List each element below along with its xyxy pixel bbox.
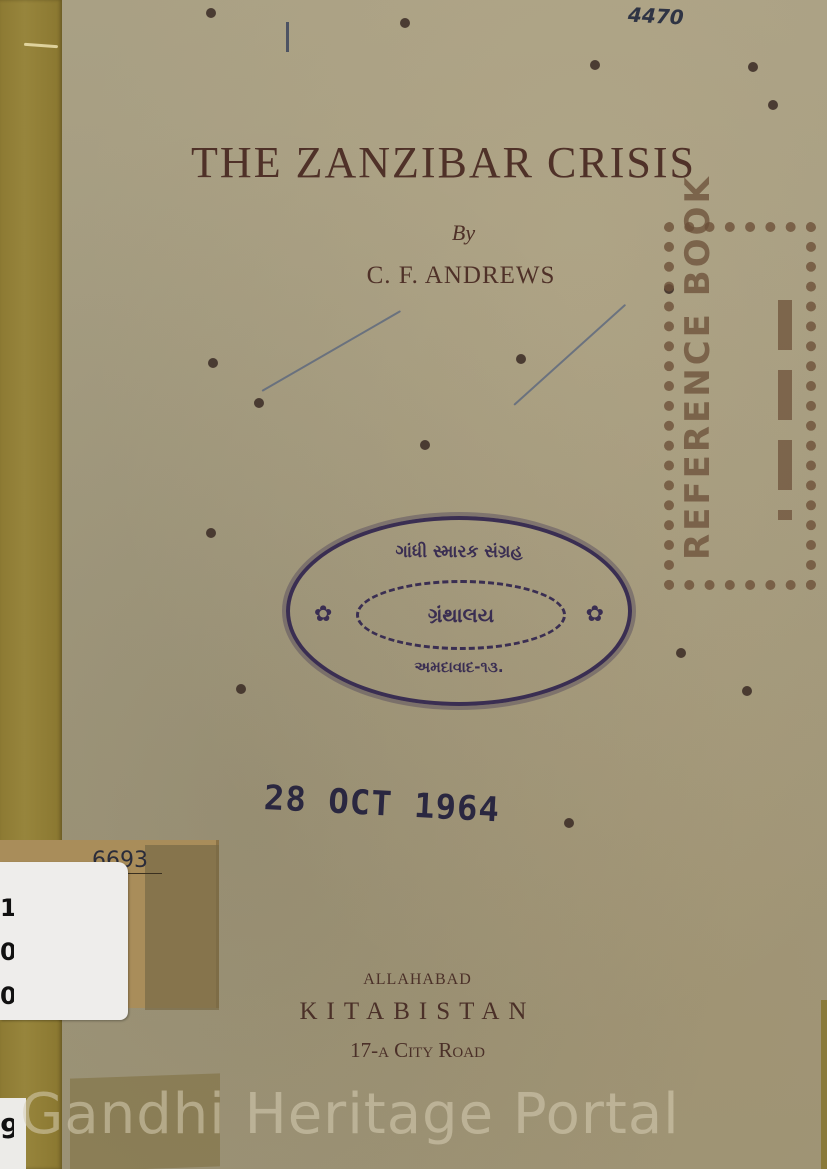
flower-icon: ✿ bbox=[586, 602, 604, 627]
library-stamp-inner: ગ્રંથાલય bbox=[356, 580, 566, 650]
reference-stamp-bars bbox=[778, 300, 792, 520]
library-stamp-top: ગાંધી સ્મારક સંગ્રહ bbox=[290, 542, 628, 562]
watermark: Gandhi Heritage Portal bbox=[20, 1082, 820, 1147]
catalog-digit: 1 bbox=[0, 886, 14, 930]
ink-dot bbox=[236, 684, 246, 694]
book-cover-page: 4470 THE ZANZIBAR CRISIS By C. F. ANDREW… bbox=[0, 0, 827, 1169]
ink-dot bbox=[676, 648, 686, 658]
library-stamp-bottom: અમદાવાદ-૧૩. bbox=[290, 658, 628, 676]
page-edge bbox=[821, 1000, 827, 1169]
publisher-address: 17-a City Road bbox=[0, 1038, 827, 1063]
publisher-city: ALLAHABAD bbox=[0, 971, 827, 989]
ink-dot bbox=[206, 528, 216, 538]
ink-dot bbox=[208, 358, 218, 368]
ink-dot bbox=[206, 8, 216, 18]
ink-dot bbox=[400, 18, 410, 28]
ink-dot bbox=[748, 62, 758, 72]
catalog-digit: 0 bbox=[0, 930, 14, 974]
pencil-stroke bbox=[262, 310, 402, 392]
publisher-name: KITABISTAN bbox=[0, 998, 827, 1026]
pencil-mark bbox=[286, 22, 289, 52]
reference-stamp-text: REFERENCE BOOK bbox=[678, 260, 718, 560]
library-stamp-center: ગ્રંથાલય bbox=[428, 603, 494, 627]
ink-dot bbox=[742, 686, 752, 696]
catalog-sticker bbox=[0, 862, 128, 1020]
ink-dot bbox=[516, 354, 526, 364]
ink-dot bbox=[420, 440, 430, 450]
flower-icon: ✿ bbox=[314, 602, 332, 627]
ink-dot bbox=[590, 60, 600, 70]
accession-number: 4470 bbox=[627, 3, 684, 30]
ink-dot bbox=[768, 100, 778, 110]
library-stamp: ગાંધી સ્મારક સંગ્રહ ✿ ગ્રંથાલય ✿ અમદાવાદ… bbox=[286, 516, 632, 706]
date-stamp: 28 OCT 1964 bbox=[263, 778, 501, 830]
ink-dot bbox=[254, 398, 264, 408]
bottom-sticker-digit: 9 bbox=[0, 1112, 14, 1145]
pencil-stroke bbox=[513, 304, 626, 406]
ink-dot bbox=[564, 818, 574, 828]
